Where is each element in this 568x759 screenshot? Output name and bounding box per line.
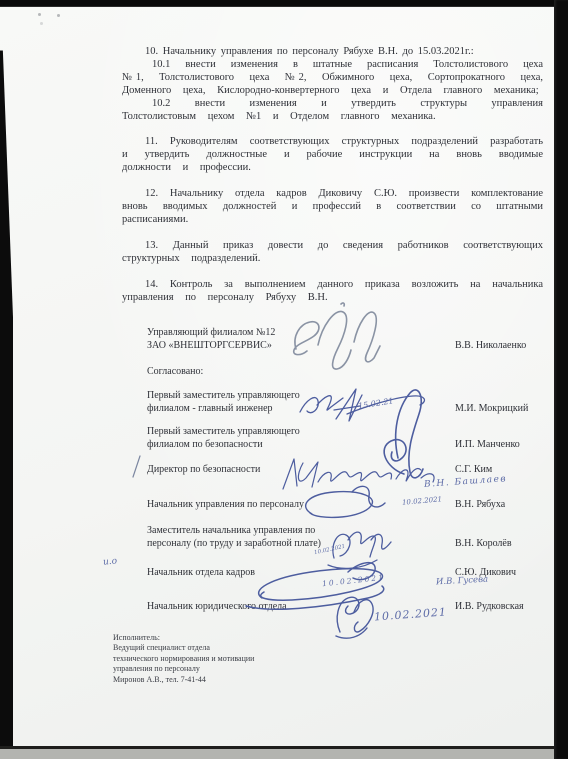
table-surface-below-paper [0, 746, 568, 759]
signatory-title: Директор по безопасности [147, 463, 447, 476]
paragraph-13: 13. Данный приказ довести до сведения ра… [122, 240, 543, 266]
executor-block: Исполнитель: Ведущий специалист отдела т… [113, 633, 254, 685]
signatory-name: И.П. Манченко [455, 438, 520, 451]
signatory-name: В.Н. Королёв [455, 537, 512, 550]
signatory-row-security-director: Директор по безопасности С.Г. Ким [147, 463, 547, 476]
signatory-name: В.В. Николаенко [455, 339, 526, 352]
signatory-name: В.Н. Рябуха [455, 498, 505, 511]
paragraph-10-2: 10.2 внести изменения и утвердить структ… [122, 98, 543, 124]
photo-edge-right [554, 0, 568, 759]
paragraph-14: 14. Контроль за выполнением данного прик… [122, 279, 543, 305]
order-body: 10. Начальнику управления по персоналу Р… [122, 46, 543, 305]
signatory-row-legal-head: Начальник юридического отдела И.В. Рудко… [147, 600, 547, 613]
signatory-title: Управляющий филиалом №12 ЗАО «ВНЕШТОРГСЕ… [147, 326, 447, 352]
signatory-title: Начальник отдела кадров [147, 566, 447, 579]
paper-speck [38, 13, 41, 16]
handwritten-io-mark: и.о [103, 556, 118, 567]
paper-speck [40, 22, 43, 25]
executor-label: Исполнитель: [113, 633, 254, 643]
signatory-name: С.Г. Ким [455, 463, 492, 476]
executor-details: Ведущий специалист отдела технического н… [113, 643, 254, 685]
signatory-title: Первый заместитель управляющего филиалом… [147, 425, 447, 451]
signatory-row-hr-deputy: Заместитель начальника управления по пер… [147, 524, 547, 550]
photo-edge-top [0, 0, 568, 7]
paragraph-10-1: 10.1 внести изменения в штатные расписан… [122, 59, 543, 98]
signatory-name: М.И. Мокрицкий [455, 402, 528, 415]
paragraph-10: 10. Начальнику управления по персоналу Р… [122, 46, 543, 59]
signatory-row-director: Управляющий филиалом №12 ЗАО «ВНЕШТОРГСЕ… [147, 326, 547, 352]
paper-speck [57, 14, 60, 17]
paragraph-11: 11. Руководителям соответствующих структ… [122, 136, 543, 175]
signatory-row-hr-head: Начальник управления по персоналу В.Н. Р… [147, 498, 547, 511]
paragraph-12: 12. Начальнику отдела кадров Диковичу С.… [122, 188, 543, 227]
document-photo: 10. Начальнику управления по персоналу Р… [0, 0, 568, 759]
signatory-row-chief-engineer: Первый заместитель управляющего филиалом… [147, 389, 547, 415]
signatory-title: Первый заместитель управляющего филиалом… [147, 389, 447, 415]
signatory-title: Заместитель начальника управления по пер… [147, 524, 447, 550]
signatory-name: И.В. Рудковская [455, 600, 524, 613]
signatory-row-security-deputy: Первый заместитель управляющего филиалом… [147, 425, 547, 451]
approved-label: Согласовано: [147, 366, 203, 377]
